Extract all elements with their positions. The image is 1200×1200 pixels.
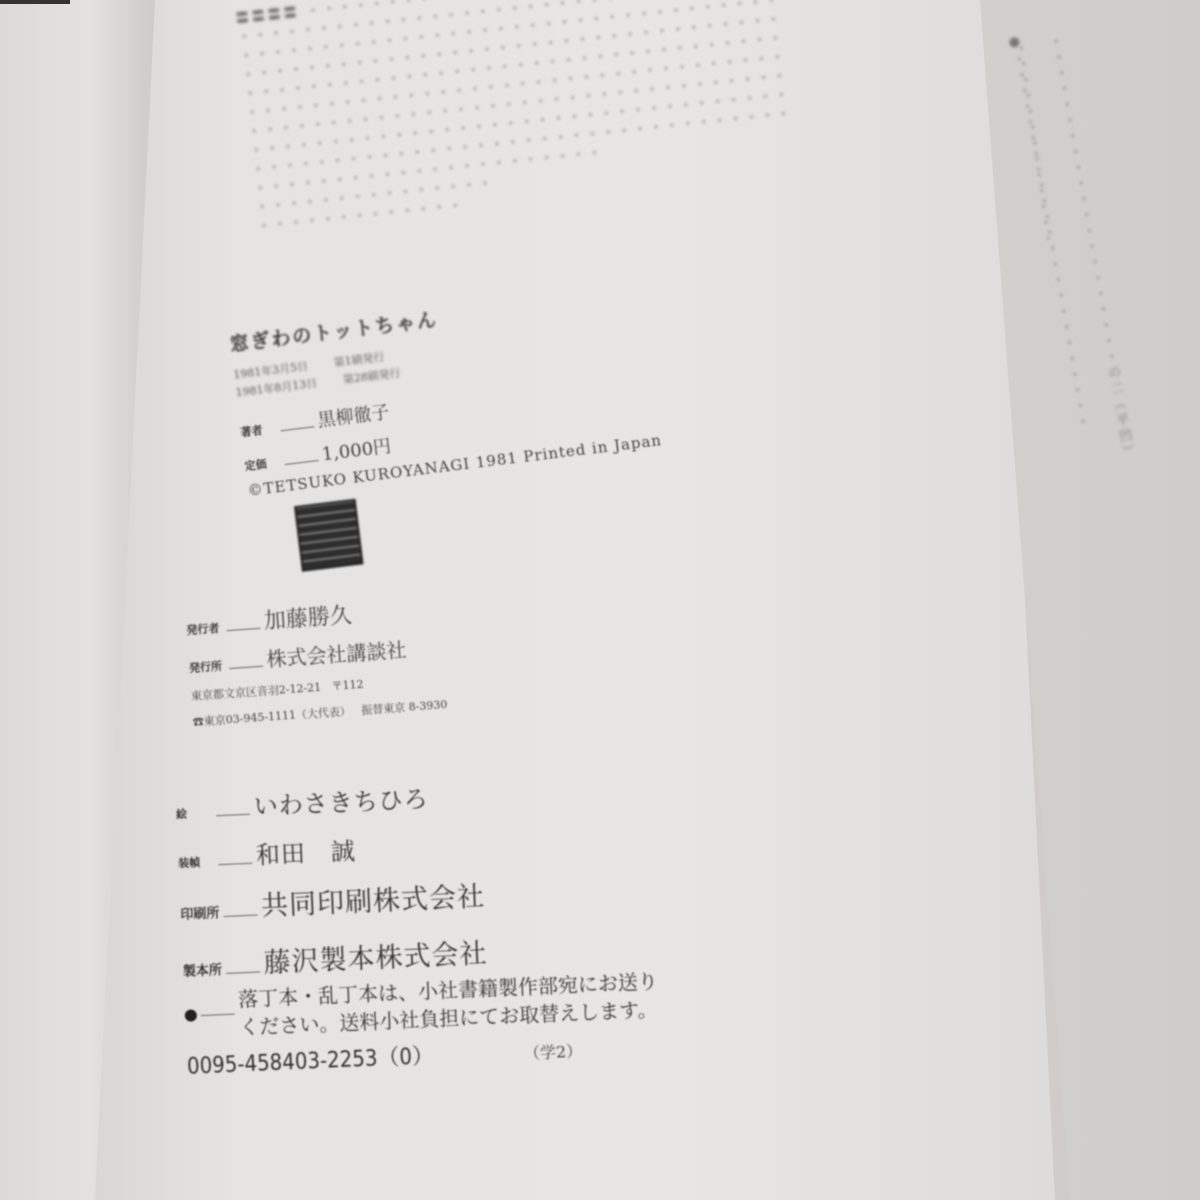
colophon-credits: 絵いわさきちひろ 装幀和田 誠 印刷所共同印刷株式会社 製本所藤沢製本株式会社 … — [175, 769, 661, 1080]
designer: 和田 誠 — [255, 831, 356, 870]
dash — [226, 971, 260, 973]
dash — [218, 863, 252, 865]
printer-label: 印刷所 — [180, 902, 220, 923]
printer: 共同印刷株式会社 — [260, 875, 485, 924]
address: 東京都文京区音羽2-12-21 — [191, 681, 322, 703]
printer-row: 印刷所共同印刷株式会社 — [179, 867, 654, 927]
dash — [216, 814, 250, 816]
binder: 藤沢製本株式会社 — [263, 932, 488, 981]
dash — [229, 666, 263, 669]
dash — [285, 460, 319, 465]
illustration-label: 絵 — [176, 804, 213, 822]
price-label: 定価 — [244, 454, 282, 474]
book-code: 0095-458403-2253（0） — [186, 1039, 434, 1081]
postal-code: 〒112 — [331, 678, 364, 693]
dash — [201, 1013, 235, 1015]
illustration-row: 絵いわさきちひろ — [175, 769, 650, 825]
publisher-label: 発行所 — [188, 657, 225, 675]
publisher-person-label: 発行者 — [186, 619, 223, 637]
publisher-name: 株式会社講談社 — [266, 634, 408, 673]
dash — [224, 915, 258, 917]
colophon-publisher: 発行者加藤勝久 発行所株式会社講談社 東京都文京区音羽2-12-21 〒112 … — [185, 592, 448, 730]
phone: ☎東京03-945-1111（大代表） — [192, 705, 351, 729]
design-label: 装幀 — [178, 853, 215, 871]
category-code: （学2） — [523, 1039, 582, 1065]
dash — [281, 426, 315, 431]
price-value: 1,000円 — [320, 432, 392, 466]
blurred-text-block: 〓〓〓〓 ・・・・・・・・・・・・・・・・・・・・・・・・・・・・・ ・・・・・… — [235, 0, 899, 269]
illustrator: いわさきちひろ — [253, 779, 429, 822]
transfer-account: 振替東京 8-3930 — [361, 698, 448, 717]
colophon-upper: 窓ぎわのトットちゃん 1981年3月5日第1刷発行 1981年8月13日第28刷… — [228, 279, 672, 577]
design-row: 装幀和田 誠 — [177, 818, 652, 874]
bullet-icon — [185, 1009, 198, 1022]
publisher-seal-stamp — [294, 499, 364, 572]
binder-label: 製本所 — [182, 959, 222, 980]
dash — [227, 628, 261, 631]
publisher-person: 加藤勝久 — [263, 598, 353, 635]
author-label: 著者 — [240, 420, 278, 440]
author-name: 黒柳徹子 — [316, 398, 391, 433]
